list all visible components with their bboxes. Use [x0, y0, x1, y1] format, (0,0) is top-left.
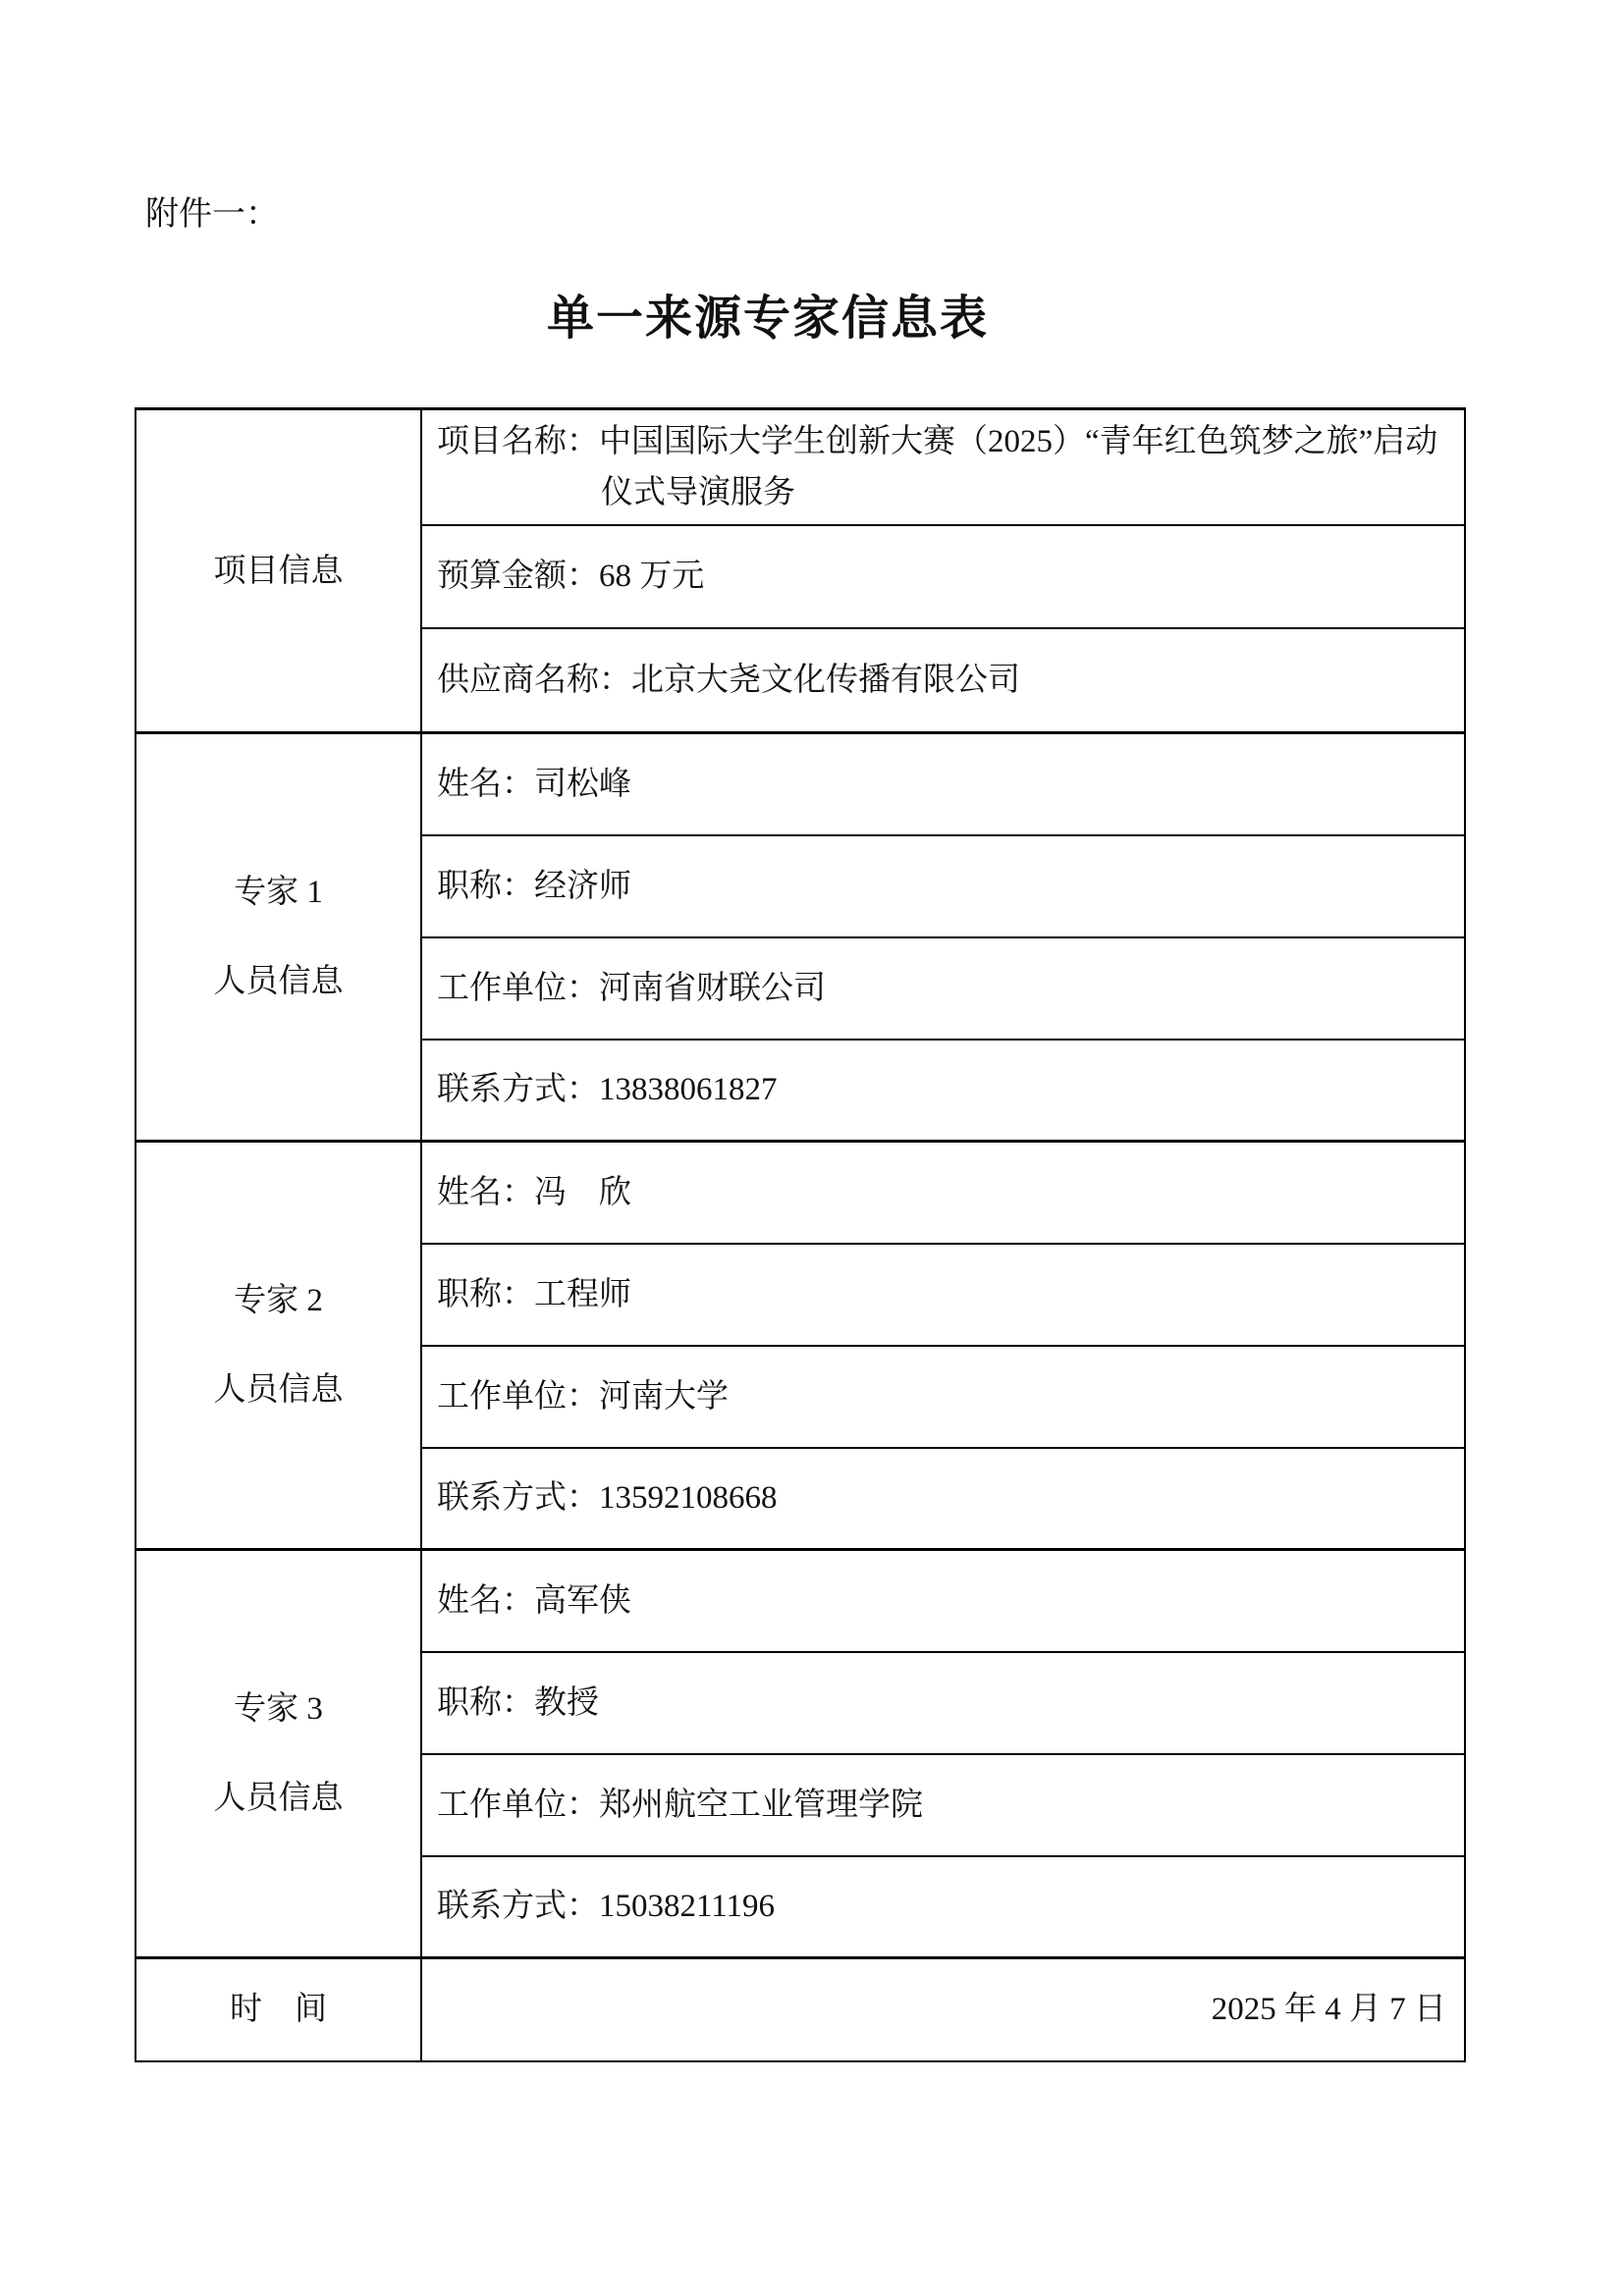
expert-2-name: 姓名：冯 欣 [437, 1175, 1454, 1210]
project-section-label-cell: 项目信息 [135, 409, 421, 733]
expert-2-label-line2: 人员信息 [214, 1373, 344, 1407]
expert-2-name-cell: 姓名：冯 欣 [421, 1142, 1465, 1244]
expert-3-contact: 联系方式：15038211196 [437, 1889, 1454, 1924]
expert-3-name-cell: 姓名：高军侠 [421, 1550, 1465, 1652]
supplier-cell: 供应商名称：北京大尧文化传播有限公司 [421, 628, 1465, 733]
time-label-cell: 时 间 [135, 1958, 421, 2061]
expert-3-title-cell: 职称：教授 [421, 1652, 1465, 1754]
expert-2-employer-cell: 工作单位：河南大学 [421, 1346, 1465, 1448]
time-label: 时 间 [230, 1993, 327, 2026]
expert-2-contact: 联系方式：13592108668 [437, 1480, 1454, 1516]
expert-2-title: 职称：工程师 [437, 1277, 1454, 1312]
expert-1-name: 姓名：司松峰 [437, 767, 1454, 802]
expert-1-name-cell: 姓名：司松峰 [421, 733, 1465, 835]
budget-cell: 预算金额：68 万元 [421, 525, 1465, 628]
attachment-label: 附件一： [145, 194, 279, 236]
expert-3-label-cell: 专家 3 人员信息 [135, 1550, 421, 1958]
expert-1-label-line1: 专家 1 [234, 876, 323, 909]
expert-3-label-line1: 专家 3 [234, 1692, 323, 1726]
document-title: 单一来源专家信息表 [0, 291, 1580, 347]
document-page: 附件一： 单一来源专家信息表 项目信息 项目名称：中国国际大学生创新大赛（202… [0, 0, 1624, 2296]
project-section-label: 项目信息 [214, 555, 344, 588]
project-name-cell: 项目名称：中国国际大学生创新大赛（2025）“青年红色筑梦之旅”启动 仪式导演服… [421, 409, 1465, 525]
expert-1-employer-cell: 工作单位：河南省财联公司 [421, 937, 1465, 1040]
expert-3-employer-cell: 工作单位：郑州航空工业管理学院 [421, 1754, 1465, 1856]
expert-1-title-cell: 职称：经济师 [421, 835, 1465, 937]
expert-3-label-line2: 人员信息 [214, 1782, 344, 1815]
budget-text: 预算金额：68 万元 [437, 559, 1454, 594]
supplier-text: 供应商名称：北京大尧文化传播有限公司 [437, 663, 1454, 698]
expert-2-title-cell: 职称：工程师 [421, 1244, 1465, 1346]
expert-2-label-cell: 专家 2 人员信息 [135, 1142, 421, 1550]
expert-info-table: 项目信息 项目名称：中国国际大学生创新大赛（2025）“青年红色筑梦之旅”启动 … [135, 407, 1466, 2062]
expert-1-contact: 联系方式：13838061827 [437, 1072, 1454, 1107]
expert-2-label-line1: 专家 2 [234, 1284, 323, 1317]
expert-1-label-cell: 专家 1 人员信息 [135, 733, 421, 1142]
expert-1-label-line2: 人员信息 [214, 965, 344, 998]
expert-3-title: 职称：教授 [437, 1685, 1454, 1721]
time-value-cell: 2025 年 4 月 7 日 [421, 1958, 1465, 2061]
time-value: 2025 年 4 月 7 日 [1212, 1992, 1446, 2027]
expert-1-title: 职称：经济师 [437, 869, 1454, 904]
expert-2-contact-cell: 联系方式：13592108668 [421, 1448, 1465, 1550]
project-name-line2: 仪式导演服务 [437, 467, 1454, 518]
expert-3-employer: 工作单位：郑州航空工业管理学院 [437, 1788, 1454, 1823]
expert-3-name: 姓名：高军侠 [437, 1583, 1454, 1619]
expert-3-contact-cell: 联系方式：15038211196 [421, 1856, 1465, 1958]
expert-1-contact-cell: 联系方式：13838061827 [421, 1040, 1465, 1142]
project-name-line1: 项目名称：中国国际大学生创新大赛（2025）“青年红色筑梦之旅”启动 [437, 416, 1454, 467]
expert-1-employer: 工作单位：河南省财联公司 [437, 971, 1454, 1006]
expert-2-employer: 工作单位：河南大学 [437, 1379, 1454, 1415]
